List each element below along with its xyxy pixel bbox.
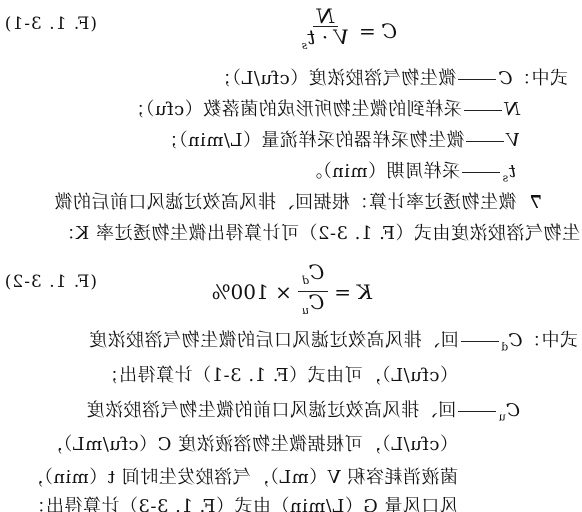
section-7-line-1: 7 微生物透过率计算：根据回、排风高效过滤风口前后的微: [54, 188, 542, 214]
where1-prefix: 式中：: [513, 68, 569, 89]
eq2-denominator: Cu: [298, 292, 328, 321]
where2-cd-line-2: （cfu/L），可由式（F. 1. 3-1）计算得出；: [100, 361, 458, 387]
dash: [467, 141, 505, 142]
where2-prefix: 式中：: [523, 330, 579, 351]
symbol-v: V: [507, 130, 521, 151]
eq2-denominator-sub: u: [302, 304, 309, 317]
definition-v: 微生物采样器的采样流量（L/min）；: [160, 130, 465, 151]
where2-cd-line-1: 式中：Cd回、排风高效过滤风口后的微生物气溶胶浓度: [89, 326, 578, 354]
eq2-lhs: K: [357, 280, 372, 304]
eq2-times: × 100%: [212, 280, 292, 304]
section-7-text-1: 微生物透过率计算：根据回、排风高效过滤风口前后的微: [54, 192, 517, 213]
eq1-lhs: C: [382, 19, 397, 43]
cu-text-1: 回、排风高效过滤风口前的微生物气溶胶浓度: [86, 400, 456, 421]
dash: [462, 172, 500, 173]
equation-1: C = N V · ts: [298, 6, 397, 56]
eq2-denominator-text: C: [309, 290, 324, 314]
section-number: 7: [529, 192, 542, 213]
eq2-numerator: Cd: [298, 262, 328, 292]
symbol-t-sub: s: [502, 172, 508, 185]
where1-item-c: 式中：C微生物气溶胶浓度（cfu/L）；: [213, 64, 568, 90]
dash: [458, 411, 496, 412]
definition-c: 微生物气溶胶浓度（cfu/L）；: [213, 68, 456, 89]
cd-text-1: 回、排风高效过滤风口后的微生物气溶胶浓度: [89, 330, 459, 351]
where2-cu-line-1: Cu回、排风高效过滤风口前的微生物气溶胶浓度: [86, 396, 520, 424]
symbol-cu: C: [506, 400, 520, 421]
eq1-denominator-text: V · t: [307, 25, 349, 49]
eq2-equals: =: [334, 280, 351, 304]
symbol-cd: C: [508, 330, 522, 351]
definition-n: 采样到的微生物所形成的菌落数（cfu）；: [126, 99, 461, 120]
dash: [458, 79, 496, 80]
symbol-cd-sub: d: [501, 341, 509, 354]
where1-item-n: N采样到的微生物所形成的菌落数（cfu）；: [126, 95, 520, 121]
dash: [461, 341, 499, 342]
where2-cu-line-4: 风口风量 G（L/min）由式（F. 1. 3-3）计算得出：: [27, 492, 458, 512]
equation-2-label: (F. 1. 3-2): [4, 272, 97, 292]
definition-ts: 采样周期（min）。: [304, 161, 460, 182]
eq1-equals: =: [359, 19, 376, 43]
eq1-numerator: N: [313, 6, 339, 27]
where2-cu-line-3: 菌液消耗容积 V（mL），气溶胶发生时间 t（min），: [25, 463, 458, 489]
dash: [464, 110, 502, 111]
symbol-c: C: [498, 68, 512, 89]
equation-1-label: (F. 1. 3-1): [4, 14, 97, 34]
eq2-numerator-text: C: [309, 260, 324, 284]
where2-cu-line-2: （cfu/L），可根据微生物溶液浓度 C（cfu/mL），: [44, 430, 458, 456]
where1-item-ts: ts采样周期（min）。: [304, 157, 516, 185]
symbol-cu-sub: u: [498, 411, 506, 424]
eq1-fraction: N V · ts: [298, 6, 353, 56]
where1-item-v: V微生物采样器的采样流量（L/min）；: [160, 126, 520, 152]
eq1-denominator: V · ts: [298, 27, 353, 56]
symbol-n: N: [504, 99, 520, 120]
equation-2: K = Cd Cu × 100%: [212, 262, 372, 321]
eq1-denominator-sub: s: [302, 39, 308, 52]
symbol-t: t: [508, 161, 516, 182]
eq2-numerator-sub: d: [302, 274, 309, 287]
section-7-line-2: 生物气溶胶浓度由式（F. 1. 3-2）可计算得出微生物透过率 K：: [57, 219, 580, 245]
document-page: C = N V · ts (F. 1. 3-1) 式中：C微生物气溶胶浓度（cf…: [0, 0, 582, 512]
eq2-fraction: Cd Cu: [298, 262, 328, 321]
